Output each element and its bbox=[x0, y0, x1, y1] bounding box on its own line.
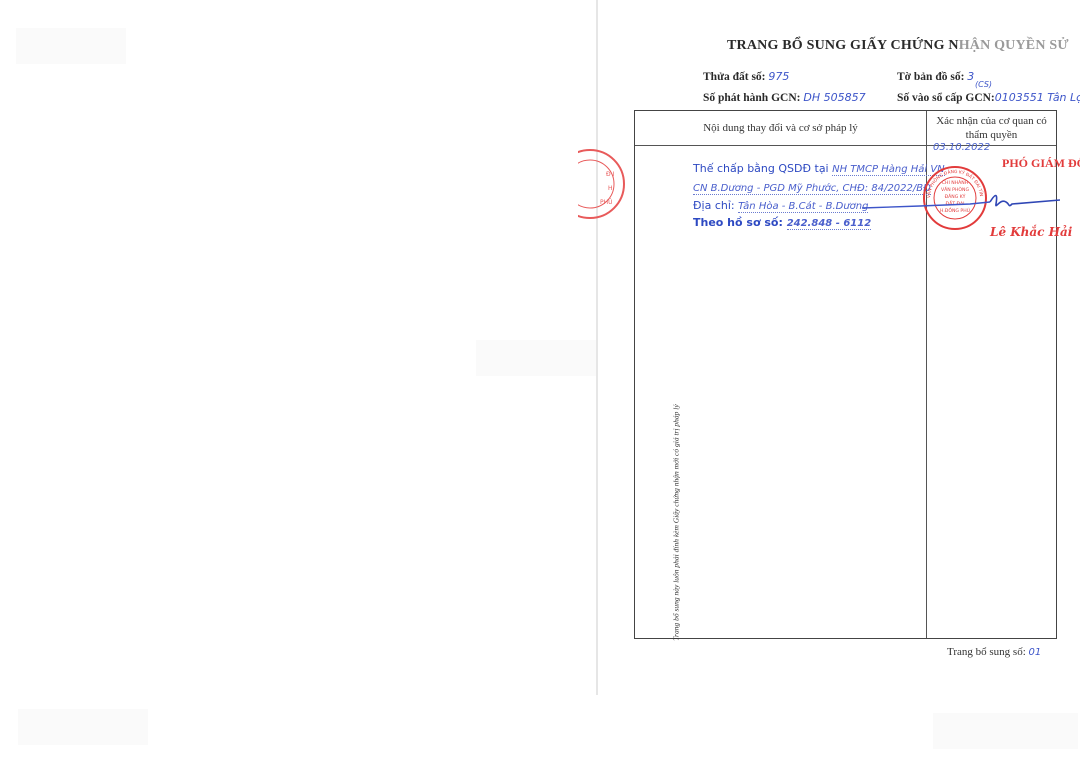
map-sheet-value: 3 bbox=[967, 70, 974, 83]
svg-text:H: H bbox=[608, 185, 613, 192]
mortgage-label: Thế chấp bằng QSDĐ tại bbox=[693, 162, 829, 175]
header-changes: Nội dung thay đổi và cơ sở pháp lý bbox=[635, 111, 926, 145]
issue-number-label: Số phát hành GCN: bbox=[703, 92, 800, 104]
document-title: TRANG BỔ SUNG GIẤY CHỨNG NHẬN QUYỀN SỬ bbox=[727, 38, 1069, 54]
map-sheet-label: Tờ bản đồ số: bbox=[897, 71, 964, 83]
register-number-value: 0103551 Tân Lợi bbox=[995, 91, 1080, 104]
signer-name: Lê Khắc Hải bbox=[990, 225, 1072, 239]
header-authority: Xác nhận của cơ quan có thẩm quyền bbox=[927, 111, 1056, 145]
scan-viewer: TRANG BỔ SUNG GIẤY CHỨNG NHẬN QUYỀN SỬ T… bbox=[0, 0, 1080, 770]
header-divider bbox=[635, 145, 1056, 146]
scan-artifact bbox=[16, 28, 126, 64]
title-text: TRANG BỔ SUNG GIẤY CHỨNG N bbox=[727, 38, 959, 53]
svg-text:PHÚ: PHÚ bbox=[600, 199, 613, 206]
scan-artifact bbox=[933, 713, 1078, 749]
register-number-prefix: (CS) bbox=[975, 80, 992, 89]
blank-left-page bbox=[0, 0, 597, 770]
page-number-value: 01 bbox=[1029, 647, 1042, 658]
register-number-field: Số vào sổ cấp GCN:0103551 Tân Lợi bbox=[897, 91, 1080, 104]
entry-line-mortgage: Thế chấp bằng QSDĐ tại NH TMCP Hàng Hải … bbox=[693, 162, 945, 175]
map-sheet-field: Tờ bản đồ số: 3 bbox=[897, 70, 974, 83]
address-label: Địa chỉ: bbox=[693, 199, 735, 212]
entry-line-address: Địa chỉ: Tân Hòa - B.Cát - B.Dương bbox=[693, 199, 868, 212]
svg-text:Đ Ị: Đ Ị bbox=[606, 171, 615, 178]
address-value: Tân Hòa - B.Cát - B.Dương bbox=[738, 201, 868, 213]
issue-number-field: Số phát hành GCN: DH 505857 bbox=[703, 91, 866, 104]
scan-artifact bbox=[18, 709, 148, 745]
supplement-page-number: Trang bổ sung số: 01 bbox=[947, 646, 1041, 658]
scan-artifact bbox=[476, 340, 596, 376]
parcel-value: 975 bbox=[768, 70, 789, 83]
partial-stamp-icon: Đ Ị H PHÚ bbox=[578, 146, 628, 222]
dossier-value: 242.848 - 6112 bbox=[787, 218, 872, 230]
parcel-number-field: Thửa đất số: 975 bbox=[703, 70, 789, 83]
dossier-label: Theo hồ sơ số: bbox=[693, 216, 783, 229]
side-legal-note: Trang bổ sung này luôn phải đính kèm Giấ… bbox=[672, 403, 681, 643]
title-text-faded: HẬN QUYỀN SỬ bbox=[959, 38, 1069, 53]
entry-line-dossier: Theo hồ sơ số: 242.848 - 6112 bbox=[693, 216, 871, 229]
confirmation-date: 03.10.2022 bbox=[933, 142, 990, 153]
parcel-label: Thửa đất số: bbox=[703, 71, 766, 83]
page-number-label: Trang bổ sung số: bbox=[947, 646, 1026, 658]
svg-text:CHI NHÁNH: CHI NHÁNH bbox=[942, 179, 968, 186]
signature-icon bbox=[860, 190, 1060, 220]
register-number-label: Số vào sổ cấp GCN: bbox=[897, 92, 995, 104]
issue-number-value: DH 505857 bbox=[803, 91, 865, 104]
signer-role: PHÓ GIÁM ĐỐC bbox=[1002, 156, 1080, 171]
